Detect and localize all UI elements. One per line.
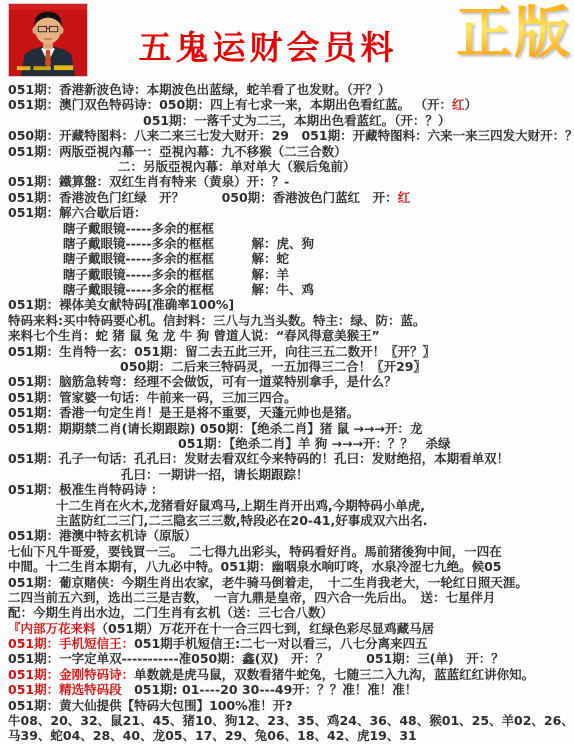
- highlight-text: 051期：手机短信王：: [8, 636, 134, 651]
- text-line: 051期：管家婆一句话：牛前来一码，三加三四合。: [8, 390, 574, 405]
- line-text: （051期）万花开在十一合三四七到，红绿色彩尽显鸡藏马居: [96, 621, 435, 636]
- text-line: 051期：金刚特码诗：单数就是虎马鼠，双数看猪牛蛇兔，七随三二入九沟，蓝蓝红红讲…: [8, 667, 574, 682]
- portrait-illustration: [9, 4, 87, 76]
- line-text: 051期：解六合歇后语：: [8, 205, 147, 220]
- text-line: 瞎子戴眼镜-----多余的框框 解：牛、鸡: [8, 282, 574, 297]
- text-line: 051期：极准生肖特码诗 ：: [8, 482, 574, 497]
- page-title: 五鬼运财会员料: [118, 22, 418, 69]
- line-text: 中間。十二生肖本期有，八九必中特。051期：幽咽泉水响叮咚，水泉冷涩七九绝。候0…: [8, 559, 502, 574]
- line-text: 051期：【绝杀二肖】羊 狗 →→→开：？？ 杀绿: [178, 436, 450, 451]
- text-line: 中間。十二生肖本期有，八九必中特。051期：幽咽泉水响叮咚，水泉冷涩七九绝。候0…: [8, 559, 574, 574]
- text-line: 051期：香港波色门红绿 开？ 050期：香港波色门蓝红 开：红: [8, 190, 574, 205]
- line-text: 十二生肖在火木,龙猪看好鼠鸡马,上期生肖开出鸡,今期特码小单虎,: [56, 498, 425, 513]
- text-line: 马39、蛇04、28、40、龙05、17、29、兔06、18、42、虎19、31: [8, 728, 574, 743]
- line-text: 051期：澳门双色特码诗：050期：四上有七求一来，本期出色看红蓝。 （开：: [8, 97, 452, 112]
- text-line: 瞎子戴眼镜-----多余的框框 解：蛇: [8, 251, 574, 266]
- text-line: 孔曰：一期讲一招，请长期跟踪！: [8, 467, 574, 482]
- line-text: 051期：两版亞視內幕一：亞視內幕：九不移猴（二三合数）: [8, 144, 347, 159]
- text-line: 来料七个生肖：蛇 猪 鼠 兔 龙 牛 狗 曾道人说：“春风得意美猴王”: [8, 328, 574, 343]
- line-text: 051期：黄大仙提供【特码大包围】100%准！开?: [8, 698, 292, 713]
- line-text: 瞎子戴眼镜-----多余的框框 解：蛇: [63, 251, 289, 266]
- line-text: 二：另版亞視內幕：单对单大（猴后兔前）: [118, 159, 356, 174]
- highlight-text: 051期：精选特码段: [8, 682, 122, 697]
- line-text: 051期：香港一句定生肖！是王是将不重要，天蓬元帅也是猪。: [8, 405, 359, 420]
- portrait-photo: [8, 3, 88, 77]
- text-line: 主蓝防红二三门,二三隐玄三三数,特段必在20-41,好事成双六出名.: [8, 513, 574, 528]
- genuine-badge: 正版: [456, 0, 572, 68]
- line-text: 瞎子戴眼镜-----多余的框框: [63, 221, 214, 236]
- line-text: 051期手机短信王:二七一对以看三，八七分离来四五: [134, 636, 428, 651]
- content-lines: 051期：香港新波色诗：本期波色出蓝绿，蛇羊看了也发财。（开？）051期：澳门双…: [8, 82, 574, 744]
- line-text: 050期：二后来三特码灵，一五加得三二合！〖开29〗: [120, 359, 426, 374]
- text-line: 051期：一落千丈为二三，本期出色看蓝红。（开：？）: [8, 113, 574, 128]
- line-text: 051期: 01----20 30---49开：？？准！准！准！: [122, 682, 418, 697]
- line-text: 051期：香港新波色诗：本期波色出蓝绿，蛇羊看了也发财。（开？）: [8, 82, 390, 97]
- text-line: 二四当前五六到，选出二三是吉数， 一言九鼎是皇帝，四六合一先后出。 送：七星伴月: [8, 590, 574, 605]
- text-line: 051期：两版亞視內幕一：亞視內幕：九不移猴（二三合数）: [8, 144, 574, 159]
- text-line: 051期：生肖特一玄：051期：留二去五此三开，向往三五二数开！〖开？〗: [8, 344, 574, 359]
- line-text: 051期：裸体美女献特码[准确率100%]: [8, 297, 234, 312]
- line-text: 单数就是虎马鼠，双数看猪牛蛇兔，七随三二入九沟，蓝蓝红红讲你知。: [134, 667, 534, 682]
- text-line: 『内部万花来料（051期）万花开在十一合三四七到，红绿色彩尽显鸡藏马居: [8, 621, 574, 636]
- text-line: 051期：裸体美女献特码[准确率100%]: [8, 297, 574, 312]
- text-line: 051期：葡京赌侠：今期生肖出农家，老牛骑马倒着走， 十二生肖我老大，一轮红日照…: [8, 575, 574, 590]
- text-line: 051期：【绝杀二肖】羊 狗 →→→开：？？ 杀绿: [8, 436, 574, 451]
- text-line: 050期：二后来三特码灵，一五加得三二合！〖开29〗: [8, 359, 574, 374]
- text-line: 051期：一字定单双-----------准050期：鑫(双) 开：？ 051期…: [8, 651, 574, 666]
- line-text: 050期：开藏特图料：八来二来三七发大财开：29 051期：开藏特图料：六来一来…: [8, 128, 574, 143]
- line-text: 来料七个生肖：蛇 猪 鼠 兔 龙 牛 狗 曾道人说：“春风得意美猴王”: [8, 328, 380, 343]
- line-text: 051期：期期禁二肖(请长期跟踪) 050期：【绝杀二肖】猪 鼠 →→→开：龙: [8, 421, 422, 436]
- text-line: 050期：开藏特图料：八来二来三七发大财开：29 051期：开藏特图料：六来一来…: [8, 128, 574, 143]
- highlight-text: 红: [452, 97, 465, 112]
- line-text: 051期：鐵算盤：双红生肖有特来（黄泉）开：？-: [8, 174, 289, 189]
- text-line: 瞎子戴眼镜-----多余的框框: [8, 221, 574, 236]
- text-line: 051期：澳门双色特码诗：050期：四上有七求一来，本期出色看红蓝。 （开：红）: [8, 97, 574, 112]
- text-line: 051期：港澳中特玄机诗（原版）: [8, 528, 574, 543]
- text-line: 051期：解六合歇后语：: [8, 205, 574, 220]
- line-text: 配：今期生肖出水边，二门生肖有玄机（送：三七合八数）: [8, 605, 333, 620]
- line-text: 瞎子戴眼镜-----多余的框框 解：牛、鸡: [63, 282, 314, 297]
- line-text: 瞎子戴眼镜-----多余的框框 解：羊: [63, 267, 289, 282]
- line-text: 牛08、20、32、鼠21、45、猪10、狗12、23、35、鸡24、36、48…: [8, 713, 574, 728]
- text-line: 牛08、20、32、鼠21、45、猪10、狗12、23、35、鸡24、36、48…: [8, 713, 574, 728]
- text-line: 051期：鐵算盤：双红生肖有特来（黄泉）开：？-: [8, 174, 574, 189]
- text-line: 瞎子戴眼镜-----多余的框框 解：羊: [8, 267, 574, 282]
- line-text: 051期：香港波色门红绿 开？ 050期：香港波色门蓝红 开：: [8, 190, 398, 205]
- text-line: 051期：孔子一句话：孔孔曰：发财去看双红今来特码的！孔曰：发财绝招，本期看单双…: [8, 451, 574, 466]
- header: 五鬼运财会员料 正版: [0, 0, 574, 82]
- text-line: 二：另版亞視內幕：单对单大（猴后兔前）: [8, 159, 574, 174]
- line-text: 主蓝防红二三门,二三隐玄三三数,特段必在20-41,好事成双六出名.: [56, 513, 427, 528]
- line-text: 051期：一落千丈为二三，本期出色看蓝红。（开：？）: [143, 113, 450, 128]
- text-line: 051期：脑筋急转弯：经理不会做饭，可有一道菜特别拿手，是什么？: [8, 374, 574, 389]
- line-text: 051期：脑筋急转弯：经理不会做饭，可有一道菜特别拿手，是什么？: [8, 374, 397, 389]
- line-text: 马39、蛇04、28、40、龙05、17、29、兔06、18、42、虎19、31: [8, 728, 417, 743]
- highlight-text: 051期：金刚特码诗：: [8, 667, 134, 682]
- line-text: 051期：孔子一句话：孔孔曰：发财去看双红今来特码的！孔曰：发财绝招，本期看单双…: [8, 451, 509, 466]
- text-line: 瞎子戴眼镜-----多余的框框 解：虎、狗: [8, 236, 574, 251]
- line-text: ）: [465, 97, 478, 112]
- highlight-text: 红: [398, 190, 411, 205]
- tip-sheet-page: 五鬼运财会员料 正版 051期：香港新波色诗：本期波色出蓝绿，蛇羊看了也发财。（…: [0, 0, 574, 745]
- text-line: 051期：手机短信王：051期手机短信王:二七一对以看三，八七分离来四五: [8, 636, 574, 651]
- line-text: 051期：生肖特一玄：051期：留二去五此三开，向往三五二数开！〖开？〗: [8, 344, 435, 359]
- line-text: 051期：一字定单双-----------准050期：鑫(双) 开：？ 051期…: [8, 651, 504, 666]
- text-line: 051期：香港一句定生肖！是王是将不重要，天蓬元帅也是猪。: [8, 405, 574, 420]
- line-text: 051期：葡京赌侠：今期生肖出农家，老牛骑马倒着走， 十二生肖我老大，一轮红日照…: [8, 575, 528, 590]
- highlight-text: 『内部万花来料: [8, 621, 96, 636]
- text-line: 051期：期期禁二肖(请长期跟踪) 050期：【绝杀二肖】猪 鼠 →→→开：龙: [8, 421, 574, 436]
- line-text: 二四当前五六到，选出二三是吉数， 一言九鼎是皇帝，四六合一先后出。 送：七星伴月: [8, 590, 496, 605]
- text-line: 051期：黄大仙提供【特码大包围】100%准！开?: [8, 698, 574, 713]
- text-line: 051期：香港新波色诗：本期波色出蓝绿，蛇羊看了也发财。（开？）: [8, 82, 574, 97]
- text-line: 十二生肖在火木,龙猪看好鼠鸡马,上期生肖开出鸡,今期特码小单虎,: [8, 498, 574, 513]
- line-text: 051期：管家婆一句话：牛前来一码，三加三四合。: [8, 390, 297, 405]
- line-text: 051期：极准生肖特码诗 ：: [8, 482, 163, 497]
- text-line: 配：今期生肖出水边，二门生肖有玄机（送：三七合八数）: [8, 605, 574, 620]
- text-line: 七仙下凡牛哥爱，要钱買一三。 二七得九出彩头，特码看好肖。馬前猪後狗中间，一四在: [8, 544, 574, 559]
- line-text: 051期：港澳中特玄机诗（原版）: [8, 528, 197, 543]
- line-text: 七仙下凡牛哥爱，要钱買一三。 二七得九出彩头，特码看好肖。馬前猪後狗中间，一四在: [8, 544, 502, 559]
- line-text: 特码来料:买中特码要心机。信封料：三八与九当头数。特主：绿、防：蓝。: [8, 313, 426, 328]
- text-line: 特码来料:买中特码要心机。信封料：三八与九当头数。特主：绿、防：蓝。: [8, 313, 574, 328]
- line-text: 瞎子戴眼镜-----多余的框框 解：虎、狗: [63, 236, 314, 251]
- text-line: 051期：精选特码段 051期: 01----20 30---49开：？？准！准…: [8, 682, 574, 697]
- line-text: 孔曰：一期讲一招，请长期跟踪！: [121, 467, 309, 482]
